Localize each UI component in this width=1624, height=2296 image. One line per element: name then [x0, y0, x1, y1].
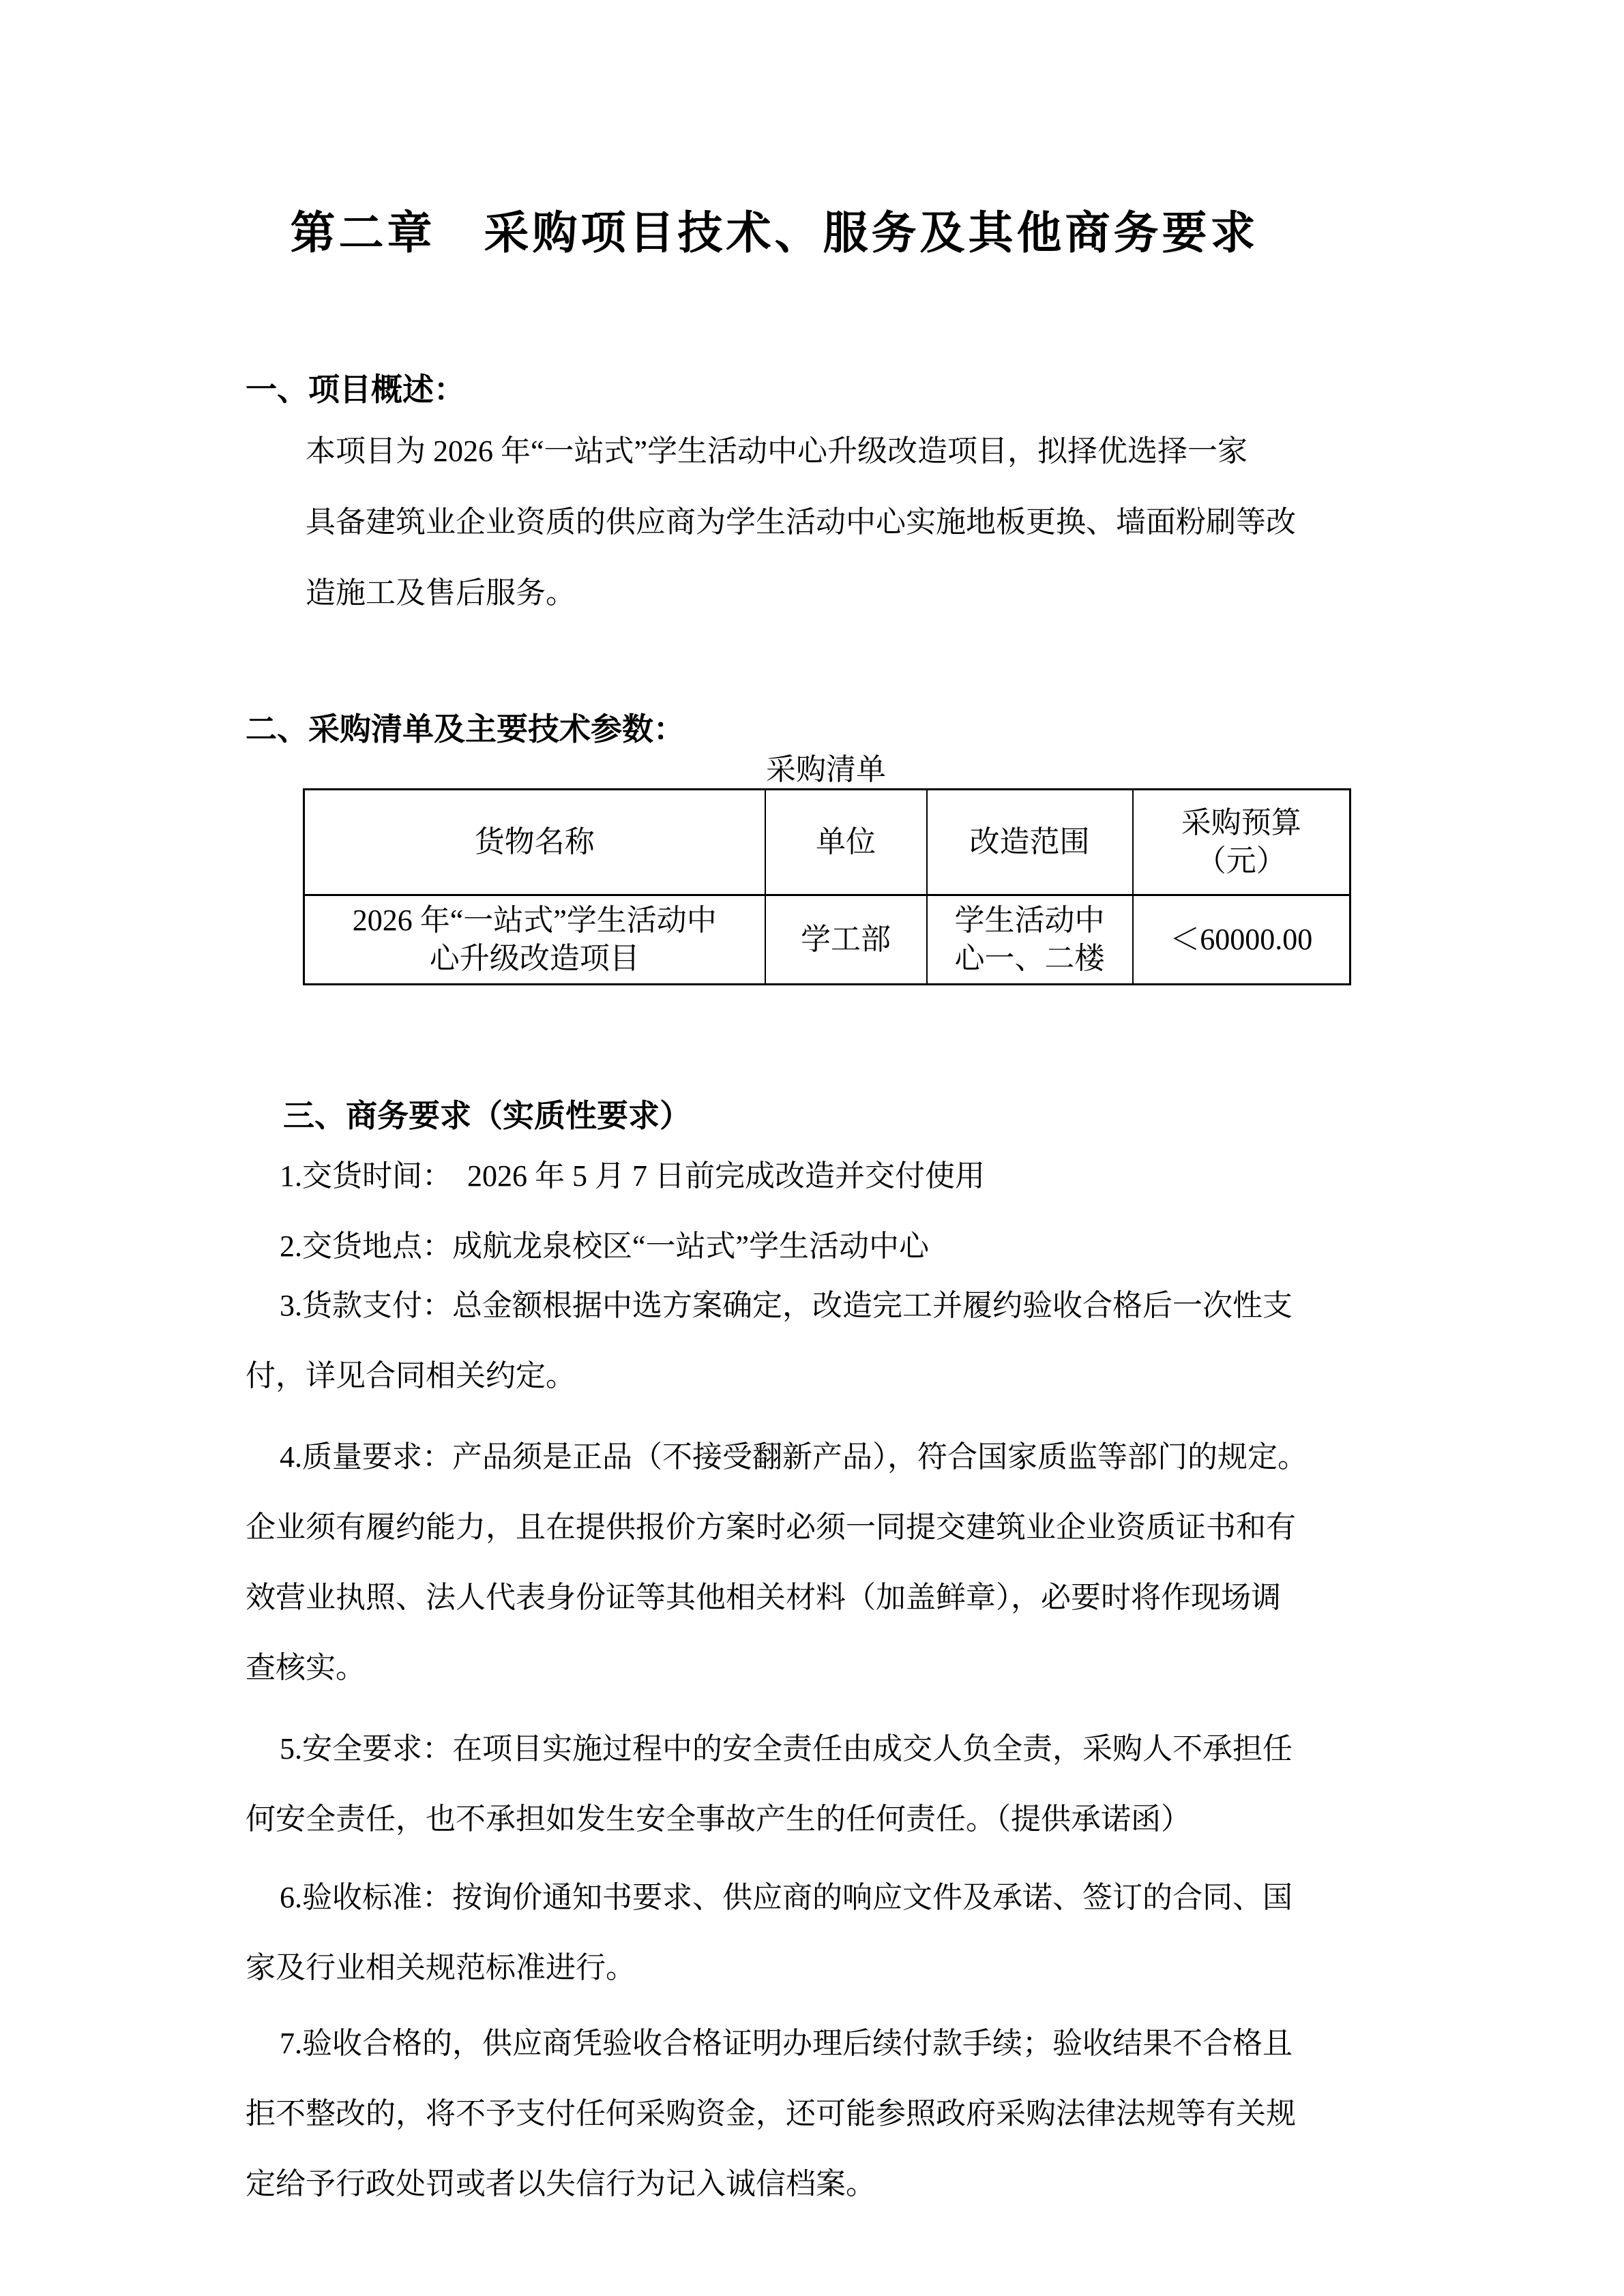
requirement-item-1: 1.交货时间： 2026 年 5 月 7 日前完成改造并交付使用	[246, 1141, 1508, 1211]
requirement-item-4: 4.质量要求：产品须是正品（不接受翻新产品），符合国家质监等部门的规定。 企业须…	[246, 1422, 1508, 1703]
header-unit: 单位	[765, 789, 927, 895]
header-budget: 采购预算 （元）	[1133, 789, 1350, 895]
header-goods-name: 货物名称	[304, 789, 765, 895]
business-requirements-list: 1.交货时间： 2026 年 5 月 7 日前完成改造并交付使用 2.交货地点：…	[246, 1141, 1508, 2219]
section1-paragraph: 本项目为 2026 年“一站式”学生活动中心升级改造项目，拟择优选择一家 具备建…	[306, 416, 1433, 629]
cell-budget: ＜60000.00	[1133, 895, 1350, 984]
section2-heading: 二、采购清单及主要技术参数：	[246, 709, 1508, 750]
requirement-item-7: 7.验收合格的，供应商凭验收合格证明办理后续付款手续；验收结果不合格且 拒不整改…	[246, 2008, 1508, 2219]
procurement-table-wrap: 采购清单 货物名称 单位 改造范围 采购预算 （元） 2026 年“一站式”学生…	[303, 751, 1349, 985]
procurement-table: 货物名称 单位 改造范围 采购预算 （元） 2026 年“一站式”学生活动中 心…	[303, 788, 1351, 985]
table-header-row: 货物名称 单位 改造范围 采购预算 （元）	[304, 789, 1350, 895]
table-caption: 采购清单	[303, 751, 1349, 788]
section3-heading: 三、商务要求（实质性要求）	[283, 1096, 1508, 1137]
table-row: 2026 年“一站式”学生活动中 心升级改造项目 学工部 学生活动中 心一、二楼…	[304, 895, 1350, 984]
requirement-item-6: 6.验收标准：按询价通知书要求、供应商的响应文件及承诺、签订的合同、国 家及行业…	[246, 1862, 1508, 2003]
chapter-title: 第二章 采购项目技术、服务及其他商务要求	[171, 205, 1378, 263]
header-renovation-scope: 改造范围	[927, 789, 1133, 895]
document-page: 第二章 采购项目技术、服务及其他商务要求 一、项目概述： 本项目为 2026 年…	[0, 0, 1624, 2296]
section1-heading: 一、项目概述：	[246, 370, 1508, 411]
cell-unit: 学工部	[765, 895, 927, 984]
requirement-item-5: 5.安全要求：在项目实施过程中的安全责任由成交人负全责，采购人不承担任 何安全责…	[246, 1714, 1508, 1854]
requirement-item-3: 3.货款支付：总金额根据中选方案确定，改造完工并履约验收合格后一次性支 付，详见…	[246, 1270, 1508, 1411]
cell-renovation-scope: 学生活动中 心一、二楼	[927, 895, 1133, 984]
cell-goods-name: 2026 年“一站式”学生活动中 心升级改造项目	[304, 895, 765, 984]
